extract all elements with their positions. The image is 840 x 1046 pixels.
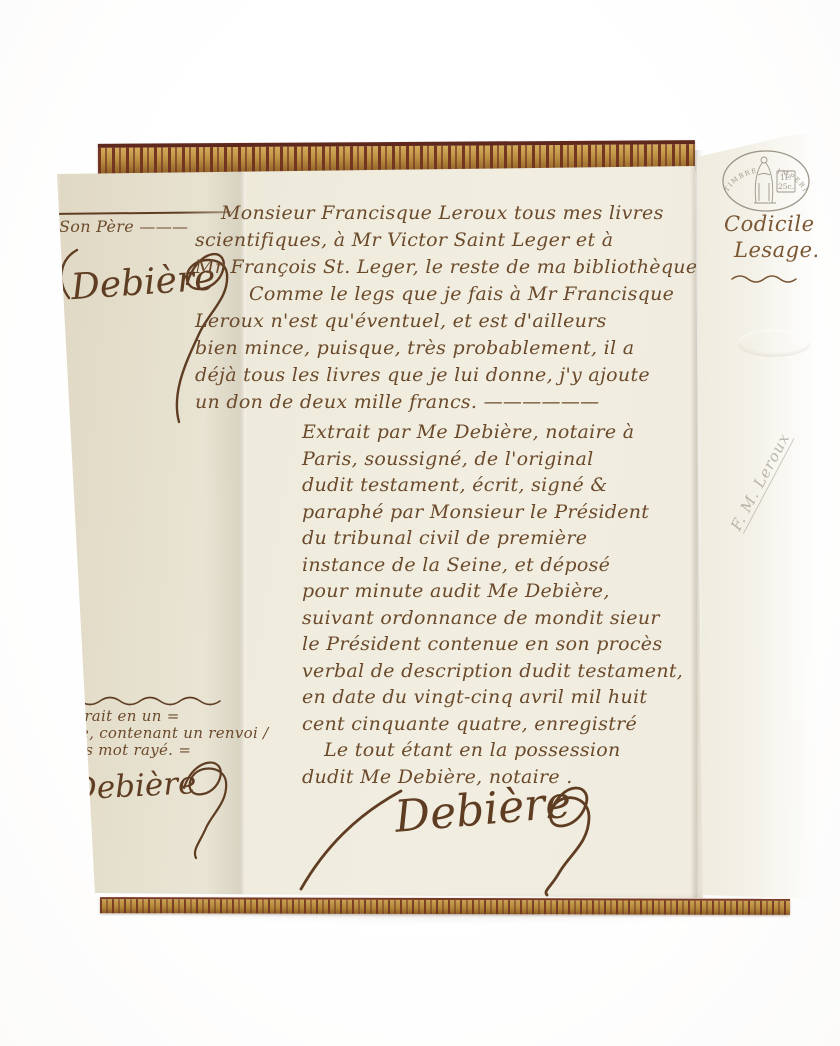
manuscript-line: Mr François St. Leger, le reste de ma bi… (195, 254, 710, 281)
manuscript-line: déjà tous les livres que je lui donne, j… (195, 362, 710, 389)
photo-background: Son Père ——— Debière Monsieur Francisque… (0, 0, 840, 1046)
manuscript-left-page: Son Père ——— Debière Monsieur Francisque… (55, 160, 705, 900)
stamp-figure (754, 157, 776, 203)
stamp-value-centimes: 25c. (778, 182, 794, 191)
margin-squiggle-flourish (58, 693, 230, 706)
debiere-signature-main: Debière (295, 775, 600, 895)
manuscript-right-page: TIMBRE IMPERIAL 1F. 25c. Codicile Lesage… (697, 133, 817, 899)
margin-annotation-bottom: Extrait en un = rôle, contenant un renvo… (58, 693, 258, 759)
manuscript-line: Extrait par Me Debière, notaire à (302, 419, 714, 446)
manuscript-line: Paris, soussigné, de l'original (302, 446, 714, 473)
manuscript-line: Leroux n'est qu'éventuel, et est d'aille… (195, 308, 710, 335)
margin-note-line: Extrait en un = (58, 708, 258, 725)
legacy-text-block: Monsieur Francisque Leroux tous mes livr… (195, 200, 710, 416)
stamp-arc-text-left: TIMBRE (723, 167, 759, 193)
manuscript-line: le Président contenue en son procès (302, 631, 714, 658)
manuscript-line: pour minute audit Me Debière, (302, 578, 714, 605)
signature-lead-stroke (301, 791, 401, 889)
pencil-inscription: F. M. Leroux (727, 430, 794, 534)
manuscript-line: cent cinquante quatre, enregistré (302, 711, 714, 738)
docket-squiggle-flourish (730, 271, 804, 283)
signature-name: Debière (392, 777, 573, 843)
margin-note-line: rôle, contenant un renvoi / (58, 725, 258, 742)
debiere-signature-bottom-margin: Debière (60, 752, 265, 860)
blind-embossed-stamp (737, 329, 811, 357)
manuscript-line: scientifiques, à Mr Victor Saint Leger e… (195, 227, 710, 254)
manuscript-line: Comme le legs que je fais à Mr Francisqu… (195, 281, 710, 308)
notarial-extract-block: Extrait par Me Debière, notaire à Paris,… (302, 419, 714, 790)
manuscript-line: paraphé par Monsieur le Président (302, 499, 714, 526)
manuscript-line: un don de deux mille francs. —————— (195, 389, 710, 416)
manuscript-line: Monsieur Francisque Leroux tous mes livr… (195, 200, 710, 227)
manuscript-line: verbal de description dudit testament, (302, 658, 714, 685)
manuscript-line: Le tout étant en la possession (302, 737, 714, 764)
manuscript-line: en date du vingt-cinq avril mil huit (302, 684, 714, 711)
stamp-value-franc: 1F. (780, 173, 791, 182)
docket-title: Codicile Lesage. (724, 211, 820, 289)
signature-lead-stroke (63, 760, 74, 798)
manuscript-line: instance de la Seine, et déposé (302, 552, 714, 579)
timbre-imperial-stamp: TIMBRE IMPERIAL 1F. 25c. (719, 147, 813, 215)
manuscript-line: suivant ordonnance de mondit sieur (302, 605, 714, 632)
gilt-edge-bottom (100, 897, 790, 915)
signature-name: Debière (70, 765, 197, 808)
manuscript-line: dudit testament, écrit, signé & (302, 472, 714, 499)
docket-line-codicile: Codicile (724, 211, 820, 237)
docket-line-lesage: Lesage. (724, 237, 820, 263)
manuscript-line: bien mince, puisque, très probablement, … (195, 335, 710, 362)
manuscript-line: du tribunal civil de première (302, 525, 714, 552)
